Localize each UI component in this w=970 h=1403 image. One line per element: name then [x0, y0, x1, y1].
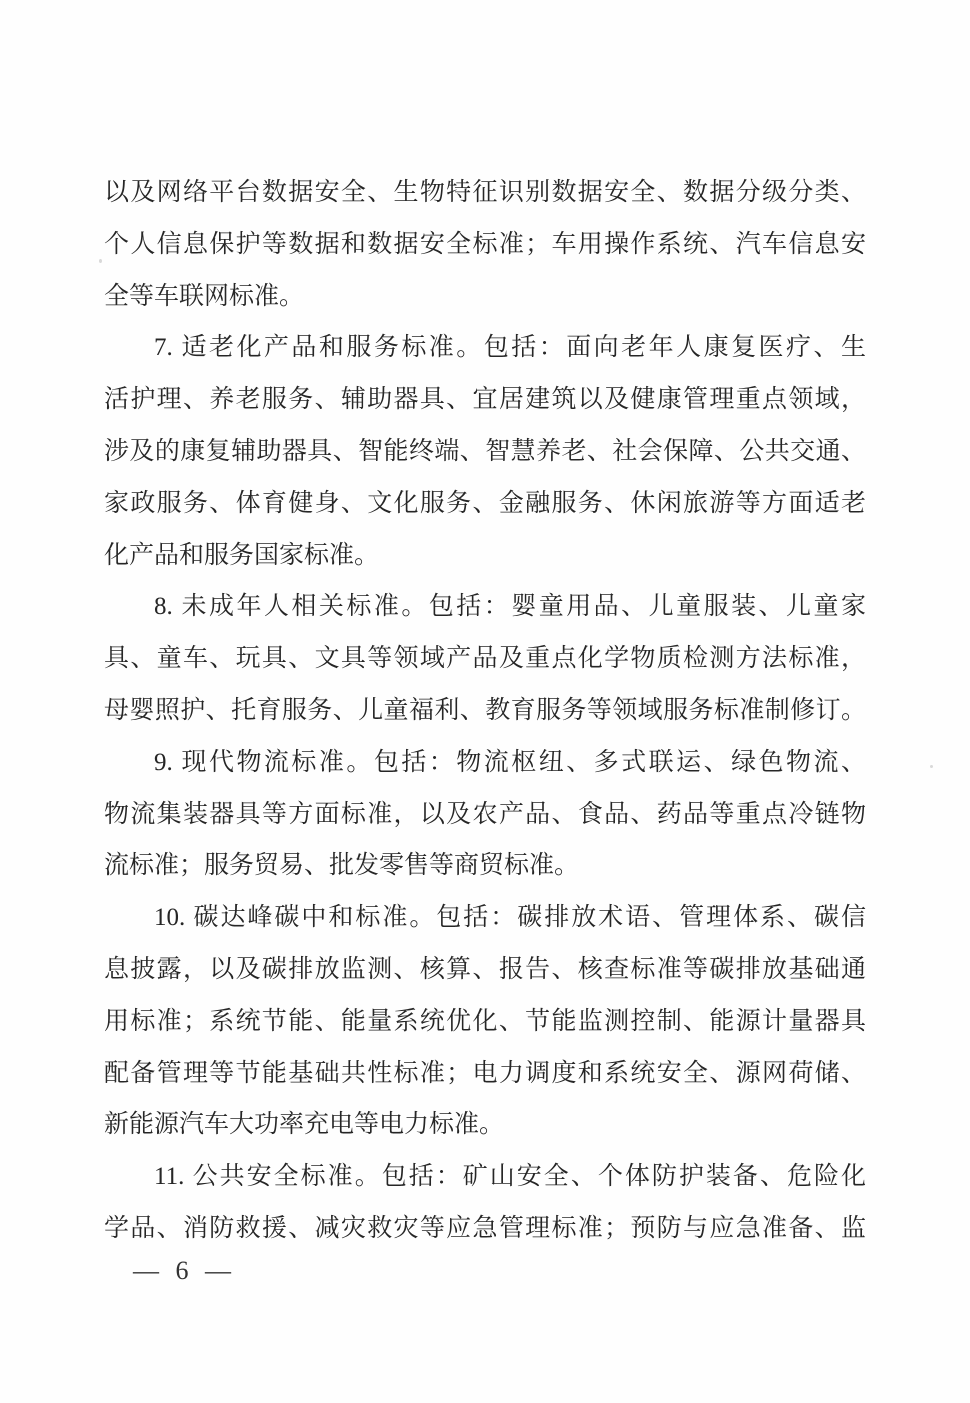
text-line: 10. 碳达峰碳中和标准。包括：碳排放术语、管理体系、碳信: [104, 892, 866, 944]
text-line: 家政服务、体育健身、文化服务、金融服务、休闲旅游等方面适老: [104, 478, 866, 530]
text-line: 学品、消防救援、减灾救灾等应急管理标准；预防与应急准备、监: [104, 1203, 866, 1255]
document-page: 以及网络平台数据安全、生物特征识别数据安全、数据分级分类、个人信息保护等数据和数…: [0, 0, 970, 1403]
text-line: 全等车联网标准。: [104, 271, 866, 323]
scan-speck: [930, 765, 933, 768]
text-line: 物流集装器具等方面标准，以及农产品、食品、药品等重点冷链物: [104, 789, 866, 841]
document-body: 以及网络平台数据安全、生物特征识别数据安全、数据分级分类、个人信息保护等数据和数…: [104, 167, 866, 1255]
text-line: 母婴照护、托育服务、儿童福利、教育服务等领域服务标准制修订。: [104, 685, 866, 737]
text-line: 配备管理等节能基础共性标准；电力调度和系统安全、源网荷储、: [104, 1048, 866, 1100]
text-line: 流标准；服务贸易、批发零售等商贸标准。: [104, 840, 866, 892]
text-line: 用标准；系统节能、能量系统优化、节能监测控制、能源计量器具: [104, 996, 866, 1048]
text-line: 息披露，以及碳排放监测、核算、报告、核查标准等碳排放基础通: [104, 944, 866, 996]
text-line: 新能源汽车大功率充电等电力标准。: [104, 1099, 866, 1151]
text-line: 具、童车、玩具、文具等领域产品及重点化学物质检测方法标准，: [104, 633, 866, 685]
page-footer: — 6 —: [133, 1252, 236, 1290]
text-line: 11. 公共安全标准。包括：矿山安全、个体防护装备、危险化: [104, 1151, 866, 1203]
scan-speck: [99, 259, 102, 263]
text-line: 以及网络平台数据安全、生物特征识别数据安全、数据分级分类、: [104, 167, 866, 219]
text-line: 涉及的康复辅助器具、智能终端、智慧养老、社会保障、公共交通、: [104, 426, 866, 478]
text-line: 7. 适老化产品和服务标准。包括：面向老年人康复医疗、生: [104, 322, 866, 374]
page-number: — 6 —: [133, 1256, 236, 1285]
text-line: 个人信息保护等数据和数据安全标准；车用操作系统、汽车信息安: [104, 219, 866, 271]
text-line: 化产品和服务国家标准。: [104, 530, 866, 582]
text-line: 9. 现代物流标准。包括：物流枢纽、多式联运、绿色物流、: [104, 737, 866, 789]
text-line: 活护理、养老服务、辅助器具、宜居建筑以及健康管理重点领域，: [104, 374, 866, 426]
text-line: 8. 未成年人相关标准。包括：婴童用品、儿童服装、儿童家: [104, 581, 866, 633]
